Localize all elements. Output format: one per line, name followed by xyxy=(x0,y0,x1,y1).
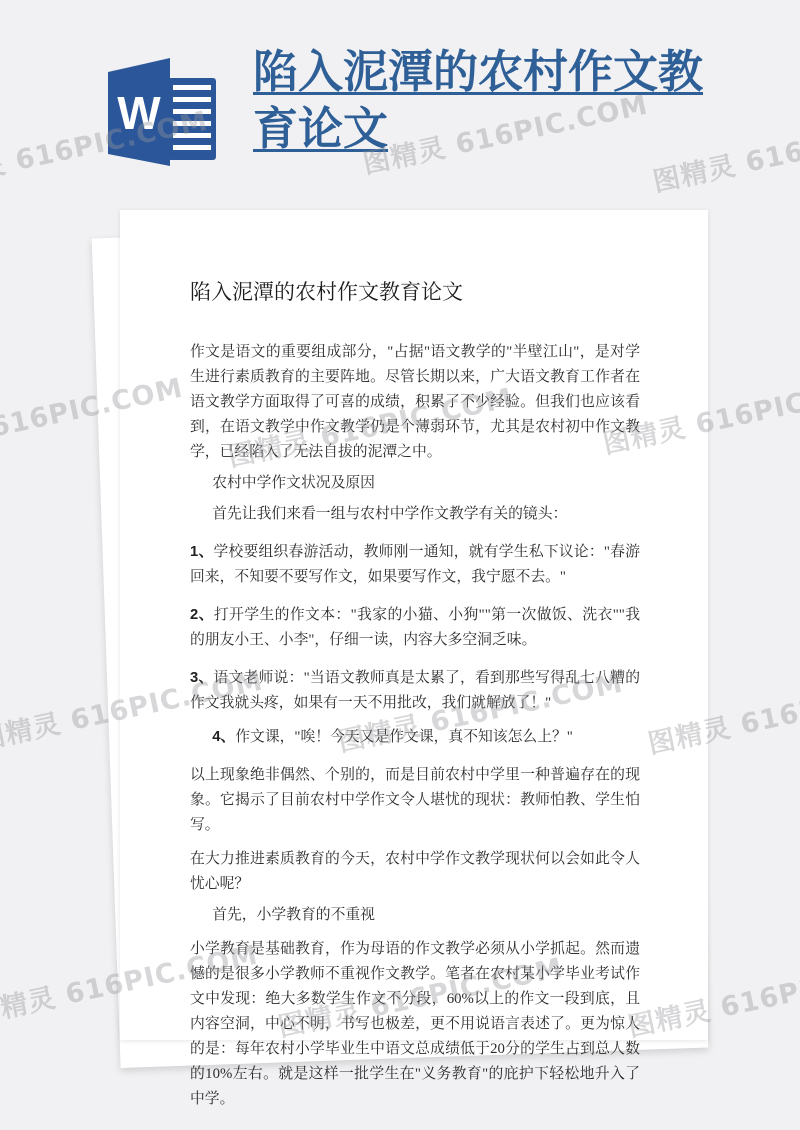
doc-page-title: 陷入泥潭的农村作文教育论文 xyxy=(190,278,640,307)
doc-body: 作文是语文的重要组成部分，"占据"语文教学的"半壁江山"，是对学生进行素质教育的… xyxy=(190,340,640,1112)
doc-paragraph: 首先让我们来看一组与农村中学作文教学有关的镜头： xyxy=(190,502,640,527)
doc-paragraph: 2、打开学生的作文本："我家的小猫、小狗""第一次做饭、洗衣""我的朋友小王、小… xyxy=(190,603,640,653)
item-number: 2、 xyxy=(190,607,214,623)
doc-paragraph: 在大力推进素质教育的今天，农村中学作文教学现状何以会如此令人忧心呢？ xyxy=(190,847,640,897)
document-page: 陷入泥潭的农村作文教育论文 作文是语文的重要组成部分，"占据"语文教学的"半壁江… xyxy=(120,210,708,1040)
doc-paragraph: 以上现象绝非偶然、个别的，而是目前农村中学里一种普遍存在的现象。它揭示了目前农村… xyxy=(190,763,640,838)
doc-paragraph: 首先，小学教育的不重视 xyxy=(190,903,640,928)
document-title-link[interactable]: 陷入泥潭的农村作文教育论文 xyxy=(253,44,727,158)
item-number: 3、 xyxy=(190,670,213,686)
doc-paragraph: 农村中学作文状况及原因 xyxy=(190,471,640,496)
doc-paragraph: 1、学校要组织春游活动，教师刚一通知，就有学生私下议论："春游回来，不知要不要写… xyxy=(190,540,640,590)
doc-paragraph: 作文是语文的重要组成部分，"占据"语文教学的"半壁江山"，是对学生进行素质教育的… xyxy=(190,340,640,465)
page: W 陷入泥潭的农村作文教育论文 陷入泥潭的农村作文教育论文 作文是语文的重要组成… xyxy=(0,0,800,1130)
item-number: 1、 xyxy=(190,544,213,560)
item-number: 4、 xyxy=(212,729,235,745)
doc-paragraph: 4、作文课，"唉！今天又是作文课，真不知该怎么上？" xyxy=(190,725,640,750)
word-file-icon: W xyxy=(108,56,218,168)
doc-paragraph: 小学教育是基础教育，作为母语的作文教学必须从小学抓起。然而遗憾的是很多小学教师不… xyxy=(190,937,640,1112)
svg-text:W: W xyxy=(117,87,161,139)
doc-paragraph: 3、语文老师说："当语文教师真是太累了，看到那些写得乱七八糟的作文我就头疼，如果… xyxy=(190,666,640,716)
header: W 陷入泥潭的农村作文教育论文 xyxy=(0,0,800,200)
